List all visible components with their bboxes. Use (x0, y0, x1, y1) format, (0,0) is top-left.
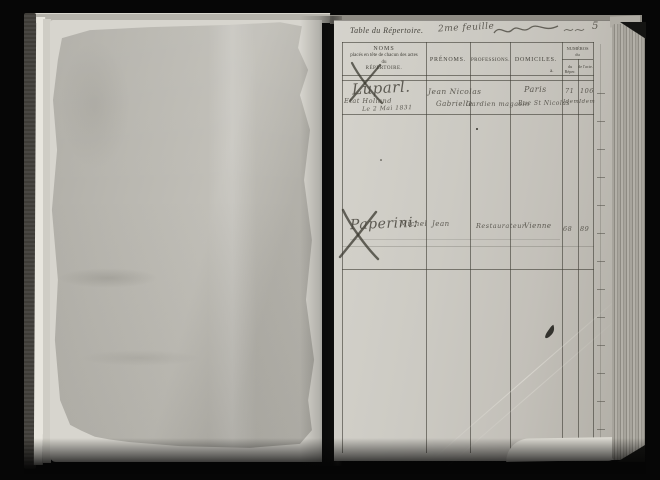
table-border-top (342, 42, 594, 43)
row-separator (342, 269, 594, 270)
row2-prenoms1: Jean (432, 220, 450, 228)
ink-blot-icon (541, 321, 559, 342)
row2-num-repertoire: 68 (563, 225, 572, 233)
page-tick (597, 317, 605, 318)
header-numeros-sub1: du Réper. (562, 64, 578, 74)
ink-paraph-icon (492, 22, 562, 38)
header-professions: PROFESSIONS. (471, 58, 509, 63)
header-noms: NOMS (344, 46, 424, 52)
bottom-shadow (24, 438, 646, 474)
row1-nom-note1: Etat Holland (344, 97, 392, 105)
sheet-note: 2me feuille (438, 22, 495, 35)
blank-grey-sheet (50, 20, 322, 462)
ink-speck-icon (380, 159, 382, 161)
page-tick (597, 261, 605, 262)
strike-x-icon (338, 207, 380, 261)
ink-speck-icon (476, 128, 478, 130)
page-tick (597, 289, 605, 290)
header-prenoms: PRÉNOMS. (428, 57, 468, 63)
row2-nom-note1: Michel (400, 220, 427, 228)
header-domiciles-note: a. (550, 69, 553, 74)
numeros-sub-rule (562, 59, 593, 60)
header-numeros: NUMÉROS (563, 46, 592, 51)
row-separator (342, 114, 594, 115)
book-fore-edge (612, 24, 645, 460)
table-vline-numsub (578, 59, 579, 453)
header-numeros-sub2: de l'acte. (578, 64, 593, 69)
row1-num-repertoire: 71 (565, 87, 574, 95)
page-tick (597, 177, 605, 178)
paper-smudge (80, 350, 200, 366)
right-page: Table du Répertoire. 2me feuille 5 NOMS … (334, 20, 616, 461)
header-domiciles: DOMICILES. (512, 57, 560, 63)
paper-smudge (58, 268, 158, 288)
page-margin-line (600, 44, 601, 451)
row1-num-repertoire-b: Idem (563, 99, 579, 105)
row1-domicile1: Paris (524, 85, 547, 94)
page-tick (597, 345, 605, 346)
paper-smudge (60, 40, 130, 170)
row1-nom-note2: Le 2 Mai 1831 (362, 104, 413, 113)
ink-scrawl-icon (562, 25, 590, 35)
book-scan: Table du Répertoire. 2me feuille 5 NOMS … (0, 0, 660, 480)
page-tick (597, 373, 605, 374)
row1-num-acte-b: Idem (579, 99, 595, 105)
page-tick (597, 233, 605, 234)
page-tick (597, 149, 605, 150)
header-noms-sub: placés en tête de chacun des actes (340, 53, 428, 58)
header-numeros-du: du (563, 52, 592, 57)
page-tick (597, 121, 605, 122)
page-tick (597, 429, 605, 430)
row1-nom: Luparl. (352, 77, 411, 98)
left-page (50, 20, 322, 462)
page-tick (597, 401, 605, 402)
row1-num-acte: 106 (580, 87, 594, 95)
page-caption: Table du Répertoire. (350, 26, 423, 35)
folio-number: 5 (592, 21, 599, 32)
page-tick (597, 205, 605, 206)
page-tick (597, 93, 605, 94)
row2-domicile1: Vienne (524, 222, 551, 230)
row1-prenoms1: Jean Nicolas (428, 87, 482, 96)
row2-num-acte: 89 (580, 225, 589, 233)
row2-profession: Restaurateur (476, 222, 526, 230)
pencil-baseline (350, 239, 560, 240)
table-vline (426, 42, 427, 453)
